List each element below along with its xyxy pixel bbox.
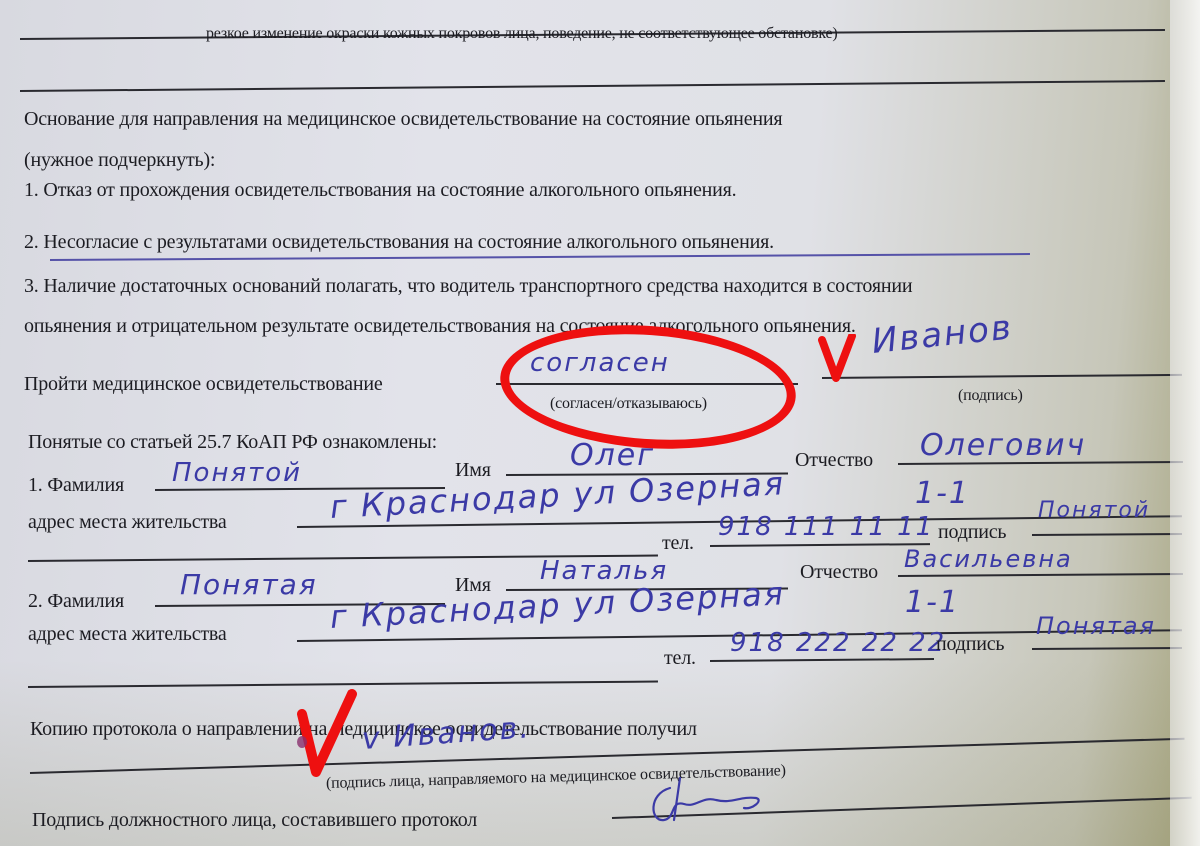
form-line — [710, 543, 930, 547]
witness-1-signature: Понятой — [1038, 498, 1150, 523]
red-check-icon — [818, 334, 858, 384]
red-check-icon — [292, 688, 362, 780]
surname-label: Фамилия — [47, 590, 124, 612]
address-label: адрес места жительства — [28, 622, 227, 646]
witness-1-name: Олег — [570, 438, 655, 473]
form-line — [1032, 533, 1182, 536]
witness-2-signature: Понятая — [1036, 612, 1156, 640]
name-label: Имя — [455, 458, 491, 482]
document-page: резкое изменение окраски кожных покровов… — [0, 0, 1200, 846]
witness-1-surname: Понятой — [172, 458, 302, 488]
exam-signature: Иванов — [870, 307, 1015, 362]
basis-item-1: 1. Отказ от прохождения освидетельствова… — [24, 178, 736, 202]
basis-note: (нужное подчеркнуть): — [24, 148, 215, 172]
phone-label: тел. — [662, 531, 694, 555]
basis-item-3-cont: опьянения и отрицательном результате осв… — [24, 314, 856, 338]
ink-blot — [297, 736, 307, 748]
signature-label: подпись — [936, 632, 1004, 656]
official-signature-scribble — [640, 770, 790, 830]
witness-2-number: 2. — [28, 590, 43, 612]
witness-2-phone: 918 222 22 22 — [730, 628, 946, 658]
top-hint-text: резкое изменение окраски кожных покровов… — [206, 22, 838, 46]
witnesses-heading: Понятые со статьей 25.7 КоАП РФ ознакомл… — [28, 430, 437, 454]
form-line — [710, 658, 934, 662]
patronymic-label: Отчество — [795, 448, 873, 472]
form-line — [28, 681, 658, 688]
witness-1-address-number: 1-1 — [915, 476, 970, 511]
address-label: адрес места жительства — [28, 510, 227, 534]
witness-2-surname: Понятая — [180, 568, 318, 601]
basis-item-2: 2. Несогласие с результатами освидетельс… — [24, 230, 774, 254]
witness-2-address-number: 1-1 — [905, 585, 960, 620]
basis-item-3: 3. Наличие достаточных оснований полагат… — [24, 274, 912, 298]
form-line — [898, 573, 1183, 577]
patronymic-label: Отчество — [800, 560, 878, 584]
form-line — [1032, 647, 1182, 650]
witness-1-number: 1. — [28, 474, 43, 496]
page-edge — [1170, 0, 1200, 846]
phone-label: тел. — [664, 646, 696, 670]
official-label: Подпись должностного лица, составившего … — [32, 808, 477, 832]
exam-label: Пройти медицинское освидетельствование — [24, 372, 383, 396]
exam-signature-hint: (подпись) — [958, 384, 1023, 408]
witness-1-patronymic: Олегович — [920, 428, 1086, 463]
signature-label: подпись — [938, 520, 1006, 544]
surname-label: Фамилия — [47, 474, 124, 496]
exam-signature-line — [822, 374, 1182, 379]
witness-1-phone: 918 111 11 11 — [718, 512, 934, 542]
witness-2-patronymic: Васильевна — [904, 545, 1073, 573]
basis-heading: Основание для направления на медицинское… — [24, 107, 782, 131]
form-line — [20, 80, 1165, 92]
hand-underline — [50, 253, 1030, 261]
